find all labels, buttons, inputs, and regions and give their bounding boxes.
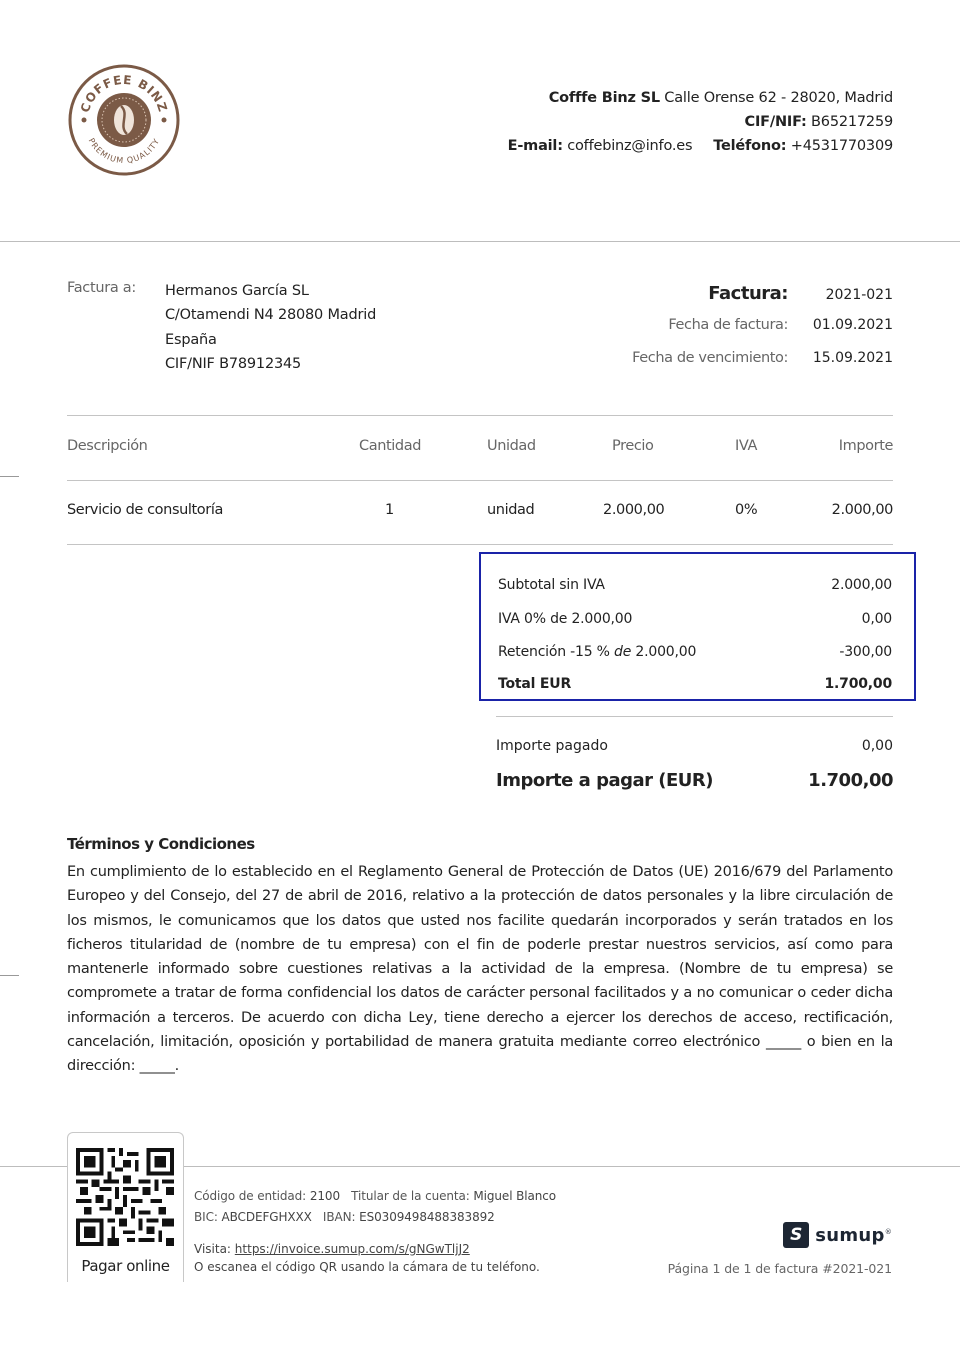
subtotal-label: Subtotal sin IVA [498, 577, 605, 593]
total-row: Total EUR 1.700,00 [498, 676, 892, 692]
fold-mark [0, 975, 19, 976]
bill-to-address: Hermanos García SL C/Otamendi N4 28080 M… [165, 279, 376, 376]
table-bottom-divider [67, 544, 893, 545]
col-precio: Precio [612, 438, 654, 454]
totals-divider [496, 716, 893, 717]
retencion-label-pre: Retención -15 % [498, 644, 614, 660]
bill-to-line: España [165, 328, 376, 352]
holder: Miguel Blanco [473, 1189, 556, 1203]
retencion-label: Retención -15 % de 2.000,00 [498, 644, 696, 660]
pay-online-label[interactable]: Pagar online [67, 1257, 184, 1275]
bill-to-line: C/Otamendi N4 28080 Madrid [165, 303, 376, 327]
terms-title: Términos y Condiciones [67, 835, 255, 853]
sumup-mark-icon: S [783, 1222, 809, 1248]
col-iva: IVA [735, 438, 757, 454]
table-row: Servicio de consultoría 1 unidad 2.000,0… [67, 502, 893, 522]
subtotal-value: 2.000,00 [831, 577, 892, 593]
fold-mark [0, 476, 19, 477]
page-info: Página 1 de 1 de factura #2021-021 [668, 1261, 892, 1276]
total-label: Total EUR [498, 676, 571, 692]
bank-details: Código de entidad: 2100 Titular de la cu… [194, 1186, 556, 1228]
company-name: Cofffe Binz SL [549, 90, 660, 106]
iva-value: 0,00 [862, 611, 892, 627]
iva-row: IVA 0% de 2.000,00 0,00 [498, 611, 892, 627]
total-value: 1.700,00 [825, 676, 892, 692]
table-top-divider [67, 415, 893, 416]
amount-due-row: Importe a pagar (EUR) 1.700,00 [496, 770, 893, 791]
bill-to-label: Factura a: [67, 280, 136, 296]
bic: ABCDEFGHXXX [222, 1210, 312, 1224]
col-importe: Importe [839, 438, 893, 454]
bank-line-1: Código de entidad: 2100 Titular de la cu… [194, 1186, 556, 1207]
due-date: 15.09.2021 [788, 350, 893, 366]
bank-code-label: Código de entidad: [194, 1189, 306, 1203]
holder-label: Titular de la cuenta: [351, 1189, 470, 1203]
company-phone: +4531770309 [791, 138, 893, 154]
company-line-1: Cofffe Binz SL Calle Orense 62 - 28020, … [508, 86, 893, 110]
coffee-binz-logo: COFFEE BINZ PREMIUM QUALITY [68, 64, 180, 176]
visit-line: Visita: https://invoice.sumup.com/s/gNGw… [194, 1240, 540, 1258]
cell-unidad: unidad [487, 502, 534, 518]
invoice-number-label: Factura: [708, 283, 788, 304]
header-divider [0, 241, 960, 242]
company-info: Cofffe Binz SL Calle Orense 62 - 28020, … [508, 86, 893, 158]
phone-label: Teléfono: [713, 138, 786, 154]
cell-precio: 2.000,00 [603, 502, 664, 518]
visit-label: Visita: [194, 1242, 231, 1256]
footer-divider-right [184, 1166, 960, 1167]
col-cantidad: Cantidad [359, 438, 421, 454]
cell-importe: 2.000,00 [832, 502, 893, 518]
iban-label: IBAN: [323, 1210, 356, 1224]
bill-to-line: CIF/NIF B78912345 [165, 352, 376, 376]
amount-due-value: 1.700,00 [808, 770, 893, 791]
cell-cantidad: 1 [385, 502, 394, 518]
provider-name: sumup [815, 1225, 884, 1246]
company-line-3: E-mail: coffebinz@info.es Teléfono: +453… [508, 134, 893, 158]
company-email[interactable]: coffebinz@info.es [567, 138, 692, 154]
invoice-meta: Factura: 2021-021 Fecha de factura: 01.0… [632, 283, 893, 384]
bank-line-2: BIC: ABCDEFGHXXX IBAN: ES030949848838389… [194, 1207, 556, 1228]
company-line-2: CIF/NIF: B65217259 [508, 110, 893, 134]
footer-divider-left [0, 1166, 67, 1167]
paid-row: Importe pagado 0,00 [496, 738, 893, 754]
subtotal-row: Subtotal sin IVA 2.000,00 [498, 577, 892, 593]
due-date-row: Fecha de vencimiento: 15.09.2021 [632, 350, 893, 384]
cell-descripcion: Servicio de consultoría [67, 502, 223, 518]
sumup-logo: S sumup® [783, 1222, 892, 1248]
scan-text: O escanea el código QR usando la cámara … [194, 1258, 540, 1276]
company-cif: B65217259 [811, 114, 893, 130]
table-header-divider [67, 480, 893, 481]
col-descripcion: Descripción [67, 438, 147, 454]
table-header: Descripción Cantidad Unidad Precio IVA I… [67, 438, 893, 458]
invoice-number-row: Factura: 2021-021 [632, 283, 893, 317]
bank-code: 2100 [310, 1189, 340, 1203]
cif-label: CIF/NIF: [745, 114, 807, 130]
terms-text: En cumplimiento de lo establecido en el … [67, 860, 893, 1079]
invoice-date-row: Fecha de factura: 01.09.2021 [632, 317, 893, 351]
retencion-row: Retención -15 % de 2.000,00 -300,00 [498, 644, 892, 660]
paid-label: Importe pagado [496, 738, 608, 754]
totals-box: Subtotal sin IVA 2.000,00 IVA 0% de 2.00… [479, 552, 916, 701]
iva-label: IVA 0% de 2.000,00 [498, 611, 632, 627]
invoice-date-label: Fecha de factura: [668, 317, 788, 333]
payment-link-block: Visita: https://invoice.sumup.com/s/gNGw… [194, 1240, 540, 1276]
sumup-wordmark: sumup® [815, 1225, 892, 1246]
iban: ES0309498488383892 [359, 1210, 495, 1224]
payment-link[interactable]: https://invoice.sumup.com/s/gNGwTljJ2 [235, 1242, 470, 1256]
amount-due-label: Importe a pagar (EUR) [496, 770, 713, 791]
col-unidad: Unidad [487, 438, 536, 454]
bic-label: BIC: [194, 1210, 218, 1224]
retencion-label-post: 2.000,00 [631, 644, 696, 660]
paid-value: 0,00 [862, 738, 893, 754]
email-label: E-mail: [508, 138, 563, 154]
invoice-number: 2021-021 [788, 287, 893, 303]
retencion-value: -300,00 [839, 644, 892, 660]
due-date-label: Fecha de vencimiento: [632, 350, 788, 366]
invoice-date: 01.09.2021 [788, 317, 893, 333]
cell-iva: 0% [735, 502, 757, 518]
retencion-label-em: de [614, 644, 631, 660]
qr-code-icon[interactable] [76, 1148, 174, 1246]
bill-to-line: Hermanos García SL [165, 279, 376, 303]
company-address: Calle Orense 62 - 28020, Madrid [664, 90, 893, 106]
